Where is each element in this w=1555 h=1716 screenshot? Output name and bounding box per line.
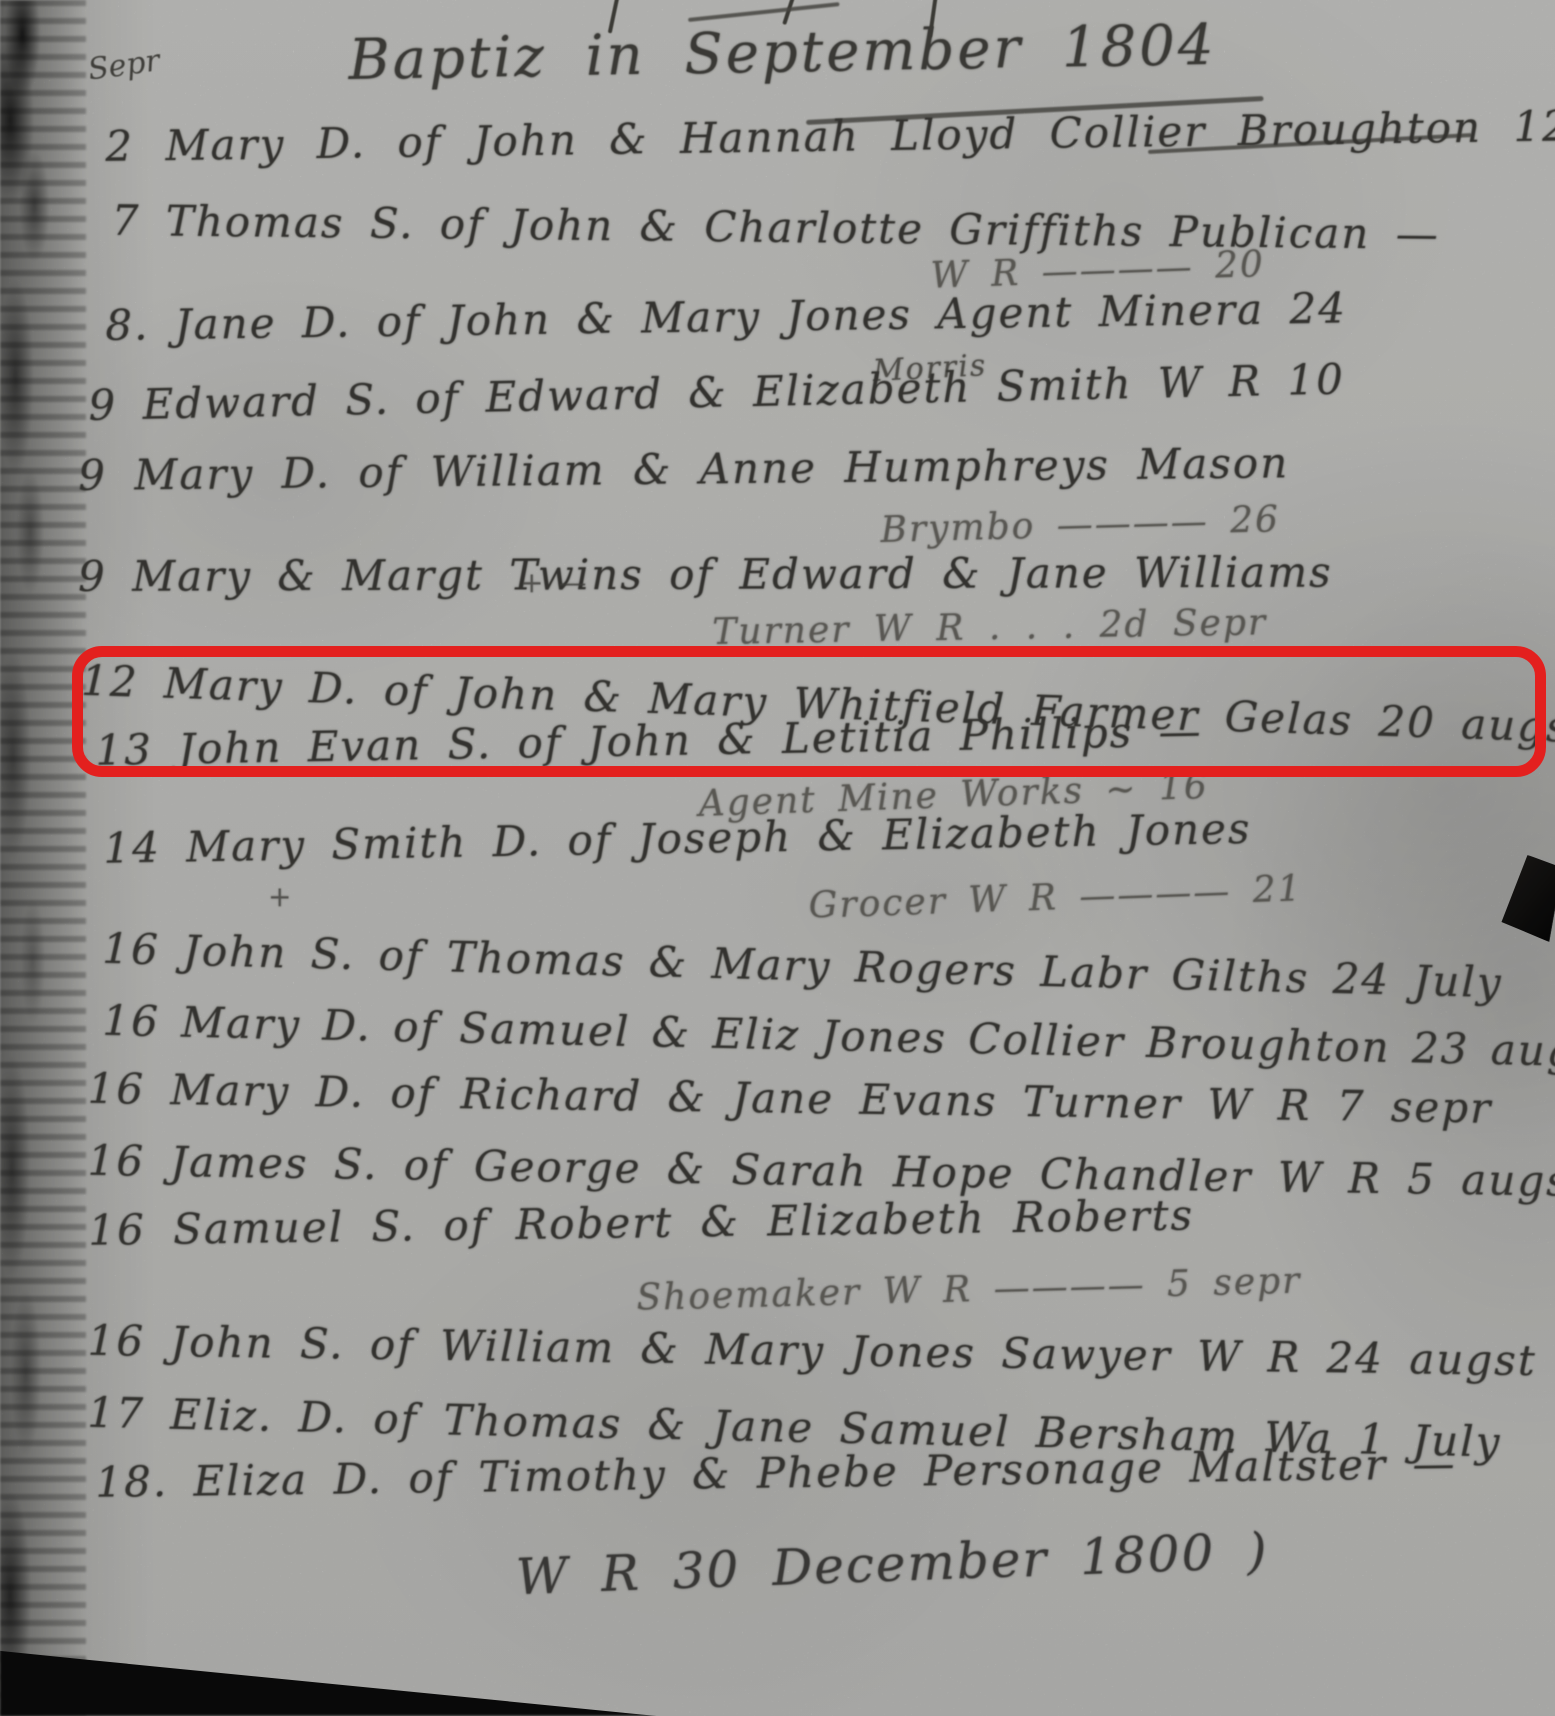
register-entry: 9 Edward S. of Edward & Elizabeth Smith … xyxy=(88,355,1345,430)
interlinear-annotation: Shoemaker W R ———— 5 sepr xyxy=(636,1261,1302,1319)
register-entry: 16 Mary D. of Richard & Jane Evans Turne… xyxy=(87,1064,1492,1133)
margin-month-note: Sepr xyxy=(86,43,162,88)
register-entry: 16 Samuel S. of Robert & Elizabeth Rober… xyxy=(88,1191,1194,1255)
register-entry: 16 Mary D. of Samuel & Eliz Jones Collie… xyxy=(102,996,1555,1077)
interlinear-annotation: Turner W R . . . 2d Sepr xyxy=(712,602,1267,653)
right-edge-clasp xyxy=(1496,852,1555,942)
register-entry: 9 Mary D. of William & Anne Humphreys Ma… xyxy=(78,438,1289,500)
register-page: Sepr Baptiz in September 1804 2 Mary D. … xyxy=(0,0,1555,1716)
page-heading: Baptiz in September 1804 xyxy=(348,13,1217,93)
register-entry: 16 John S. of Thomas & Mary Rogers Labr … xyxy=(102,924,1503,1007)
register-entry: 2 Mary D. of John & Hannah Lloyd Collier… xyxy=(105,102,1555,171)
register-entry: 14 Mary Smith D. of Joseph & Elizabeth J… xyxy=(103,804,1252,873)
register-entry: 8. Jane D. of John & Mary Jones Agent Mi… xyxy=(105,284,1347,350)
interlinear-annotation: Brymbo ———— 26 xyxy=(880,500,1280,551)
caret-mark: + — xyxy=(520,566,588,599)
caret-mark: + xyxy=(268,880,293,913)
bottom-left-shadow xyxy=(0,1642,670,1716)
footer-note: W R 30 December 1800 ) xyxy=(515,1522,1270,1606)
book-binding-edge xyxy=(0,0,86,1716)
register-entry: 9 Mary & Margt Twins of Edward & Jane Wi… xyxy=(78,548,1333,601)
register-entry: 13 John Evan S. of John & Letitia Philli… xyxy=(95,707,1203,775)
register-entry: 18. Eliza D. of Timothy & Phebe Personag… xyxy=(95,1439,1457,1507)
interlinear-annotation: Grocer W R ———— 21 xyxy=(808,869,1303,927)
register-entry: 16 John S. of William & Mary Jones Sawye… xyxy=(87,1316,1537,1385)
